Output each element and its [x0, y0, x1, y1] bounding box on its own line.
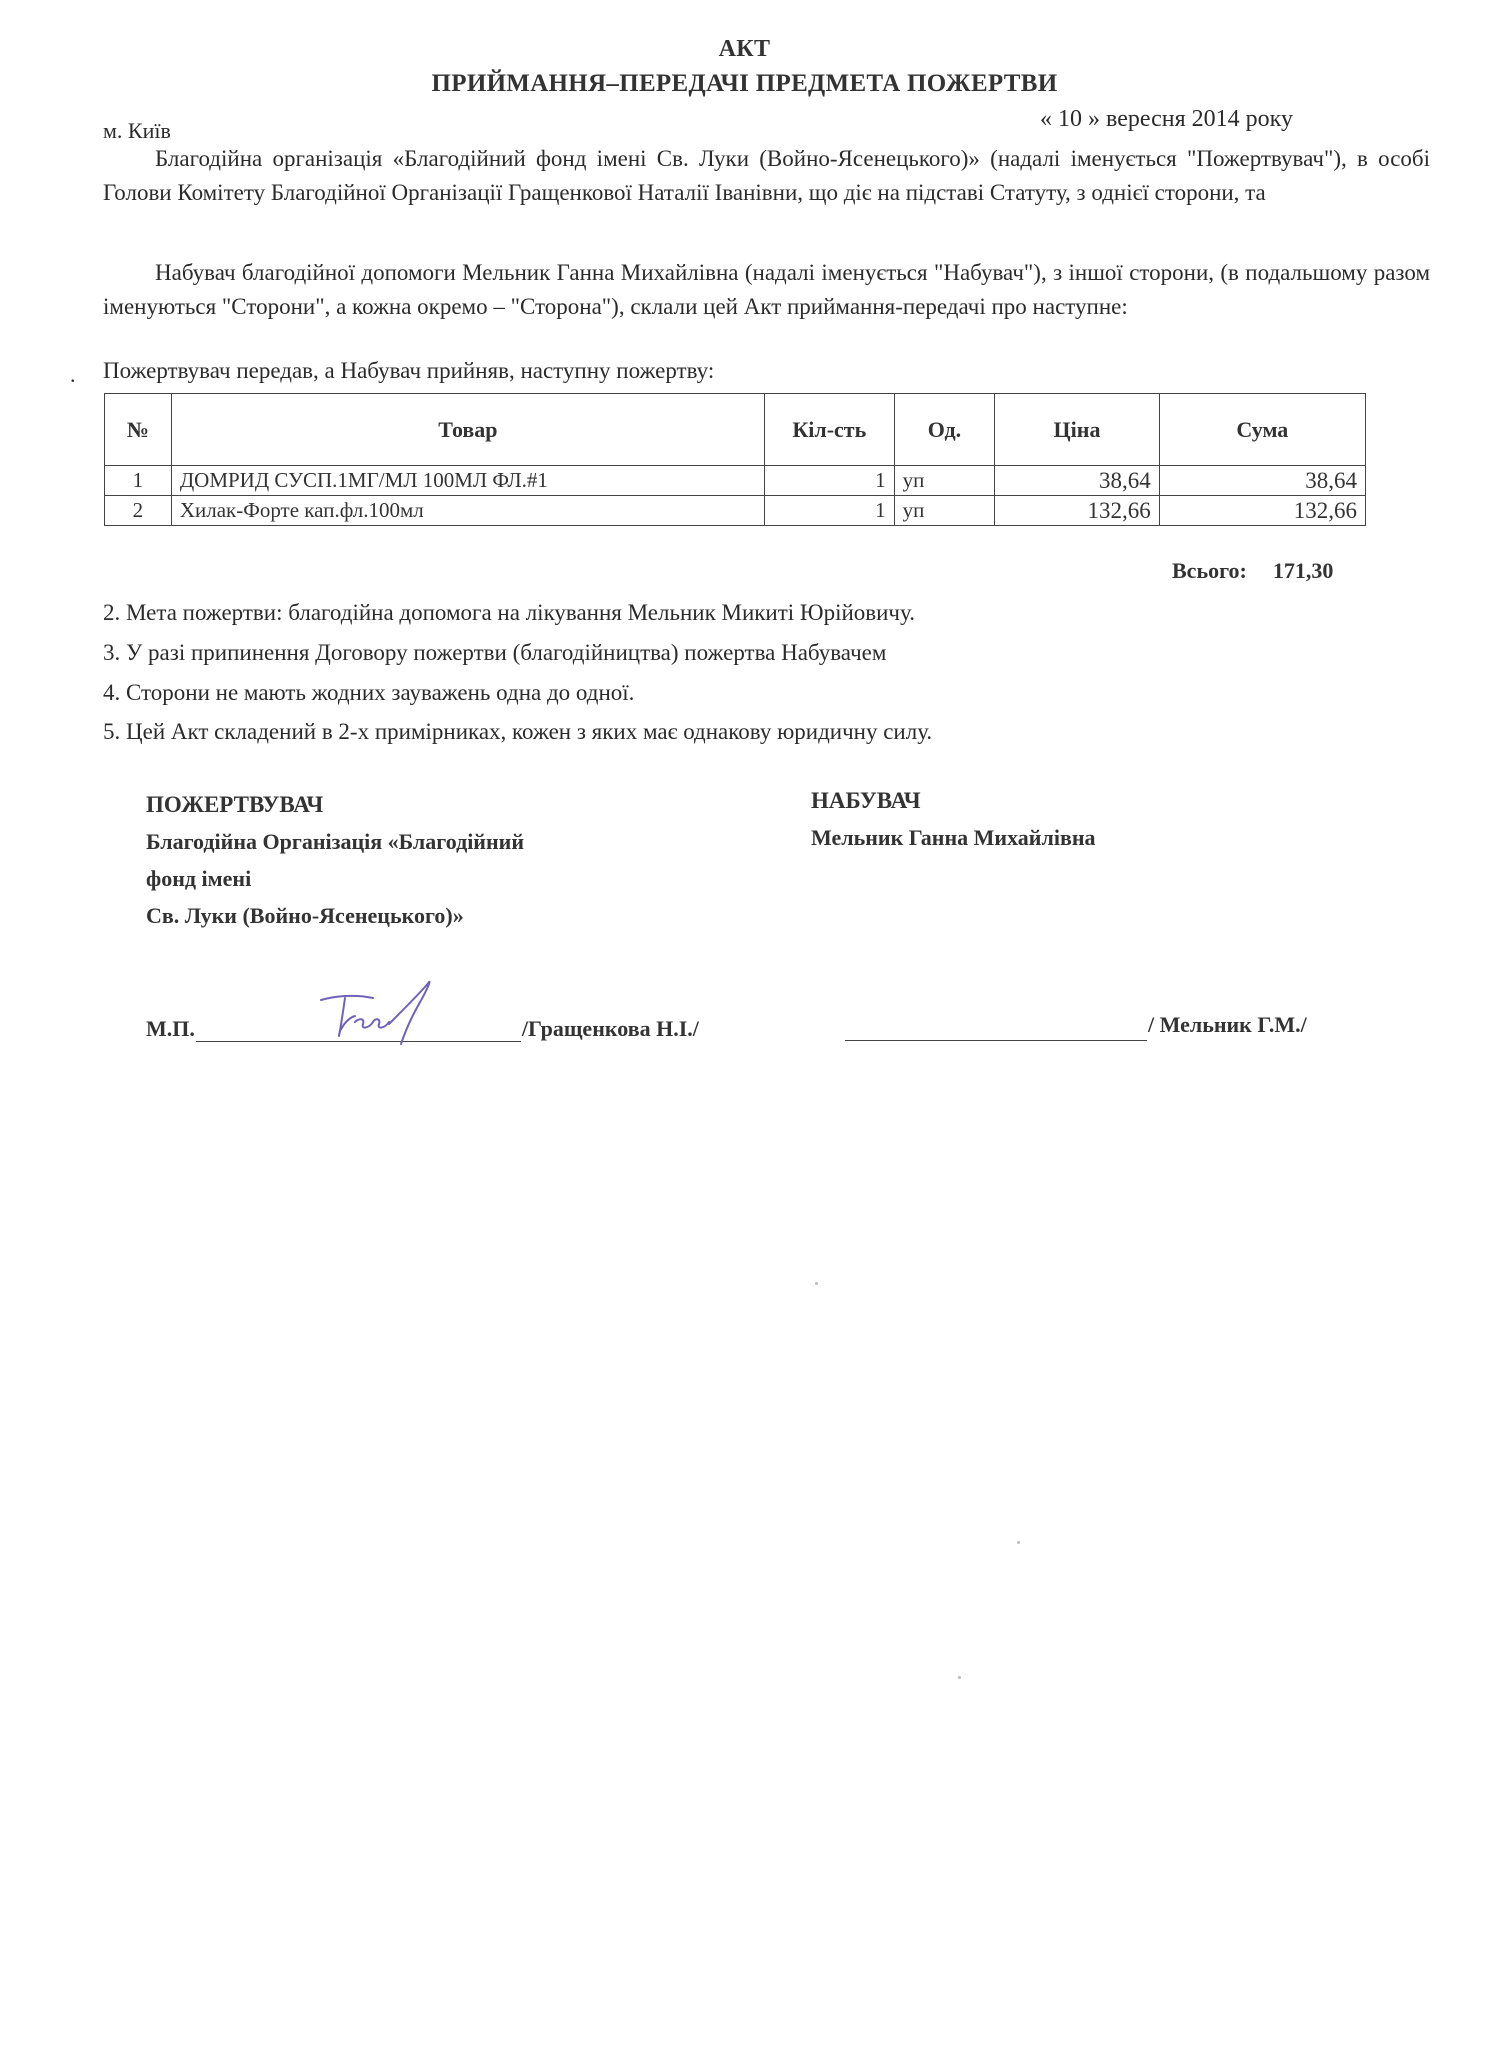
cell-name: ДОМРИД СУСП.1МГ/МЛ 100МЛ ФЛ.#1 [171, 466, 764, 496]
cell-price: 38,64 [995, 466, 1159, 496]
city: м. Київ [103, 118, 171, 144]
margin-mark: . [70, 362, 76, 388]
intro-line: Пожертвувач передав, а Набувач прийняв, … [103, 358, 714, 384]
clause-4: 4. Сторони не мають жодних зауважень одн… [103, 680, 634, 706]
header-unit: Од. [894, 394, 995, 466]
cell-sum: 38,64 [1159, 466, 1365, 496]
seal-mark: М.П. [146, 1016, 195, 1041]
header-sum: Сума [1159, 394, 1365, 466]
table-header-row: № Товар Кіл-сть Од. Ціна Сума [105, 394, 1366, 466]
total-value: 171,30 [1273, 558, 1334, 583]
paragraph-recipient: Набувач благодійної допомоги Мельник Ган… [103, 256, 1430, 324]
header-name: Товар [171, 394, 764, 466]
header-no: № [105, 394, 172, 466]
donor-org-line1: Благодійна Організація «Благодійний [146, 823, 524, 860]
table-row: 2 Хилак-Форте кап.фл.100мл 1 уп 132,66 1… [105, 496, 1366, 526]
clause-5: 5. Цей Акт складений в 2-х примірниках, … [103, 719, 932, 745]
scan-speck [1017, 1541, 1020, 1544]
cell-name: Хилак-Форте кап.фл.100мл [171, 496, 764, 526]
header-qty: Кіл-сть [765, 394, 895, 466]
cell-qty: 1 [765, 496, 895, 526]
donor-block: ПОЖЕРТВУВАЧ Благодійна Організація «Благ… [146, 786, 524, 934]
document-date: « 10 » вересня 2014 року [1040, 106, 1293, 133]
table-row: 1 ДОМРИД СУСП.1МГ/МЛ 100МЛ ФЛ.#1 1 уп 38… [105, 466, 1366, 496]
recipient-block: НАБУВАЧ Мельник Ганна Михайлівна [811, 782, 1096, 856]
donor-role: ПОЖЕРТВУВАЧ [146, 786, 524, 823]
cell-no: 1 [105, 466, 172, 496]
total-label: Всього: [1172, 558, 1247, 583]
recipient-signatory: / Мельник Г.М./ [1148, 1012, 1307, 1038]
donor-org-line2: фонд імені [146, 860, 524, 897]
cell-unit: уп [894, 496, 995, 526]
handwritten-signature-icon [315, 978, 455, 1048]
document-subtitle: ПРИЙМАННЯ–ПЕРЕДАЧІ ПРЕДМЕТА ПОЖЕРТВИ [0, 70, 1489, 98]
paragraph-donor: Благодійна організація «Благодійний фонд… [103, 142, 1430, 210]
cell-sum: 132,66 [1159, 496, 1365, 526]
document-title: АКТ [0, 36, 1489, 63]
cell-unit: уп [894, 466, 995, 496]
cell-price: 132,66 [995, 496, 1159, 526]
cell-no: 2 [105, 496, 172, 526]
scan-speck [958, 1676, 961, 1679]
cell-qty: 1 [765, 466, 895, 496]
recipient-signature-blank [845, 1020, 1147, 1041]
total: Всього:171,30 [1172, 558, 1333, 584]
clause-2: 2. Мета пожертви: благодійна допомога на… [103, 600, 915, 626]
scan-speck [815, 1282, 818, 1285]
recipient-role: НАБУВАЧ [811, 782, 1096, 819]
donor-signatory: /Гращенкова Н.І./ [522, 1016, 699, 1041]
recipient-name: Мельник Ганна Михайлівна [811, 819, 1096, 856]
items-table: № Товар Кіл-сть Од. Ціна Сума 1 ДОМРИД С… [104, 393, 1366, 526]
clause-3: 3. У разі припинення Договору пожертви (… [103, 640, 886, 666]
donor-org-line3: Св. Луки (Войно-Ясенецького)» [146, 897, 524, 934]
header-price: Ціна [995, 394, 1159, 466]
